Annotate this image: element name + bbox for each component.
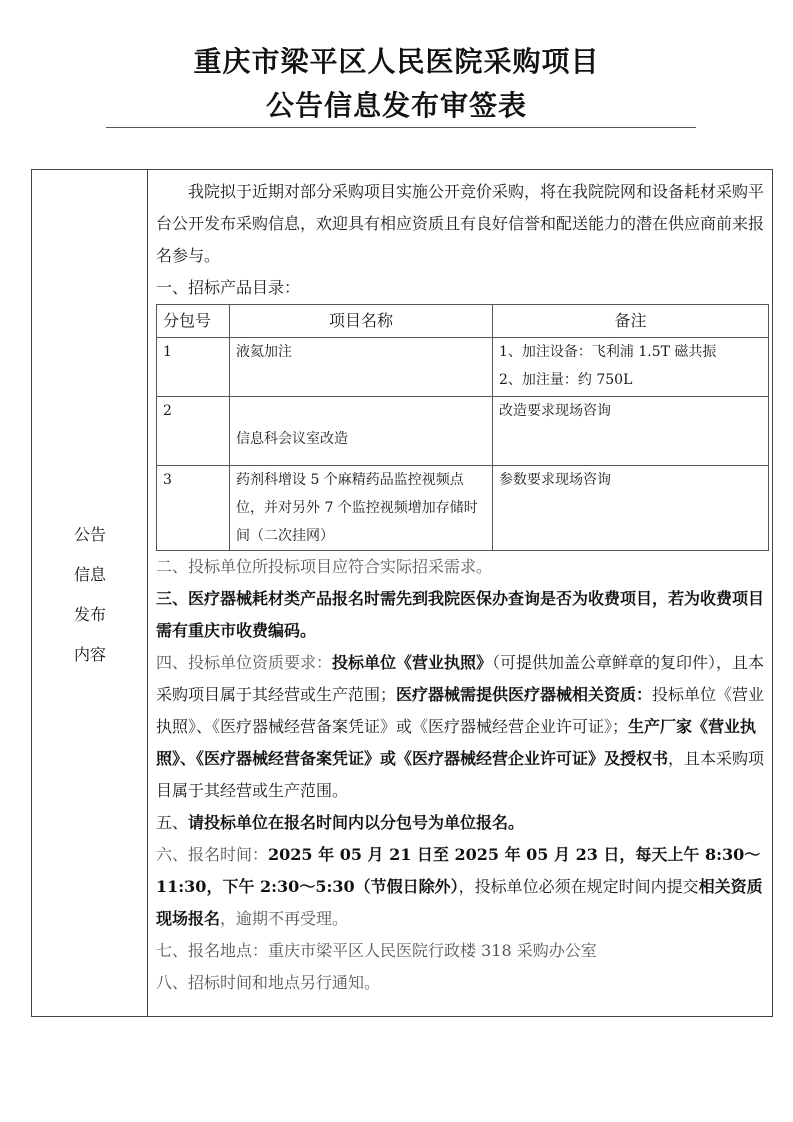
section-7: 七、报名地点：重庆市梁平区人民医院行政楼 318 采购办公室 xyxy=(156,935,768,967)
section-2: 二、投标单位所投标项目应符合实际招采需求。 xyxy=(156,551,768,583)
cell-project-name: 药剂科增设 5 个麻精药品监控视频点位，并对另外 7 个监控视频增加存储时间（二… xyxy=(230,466,493,551)
cell-remark: 改造要求现场咨询 xyxy=(493,397,769,466)
section-6-text: ，投标单位必须在规定时间内提交 xyxy=(459,877,699,896)
table-header-row: 分包号 项目名称 备注 xyxy=(157,305,769,338)
table-row: 2 信息科会议室改造 改造要求现场咨询 xyxy=(157,397,769,466)
intro-paragraph: 我院拟于近期对部分采购项目实施公开竞价采购，将在我院院网和设备耗材采购平台公开发… xyxy=(156,176,768,272)
title-divider xyxy=(106,127,696,128)
section-1-heading: 一、招标产品目录： xyxy=(156,272,768,304)
label-column: 公告 信息 发布 内容 xyxy=(32,170,148,1016)
cell-remark: 参数要求现场咨询 xyxy=(493,466,769,551)
product-catalog-table: 分包号 项目名称 备注 1 液氦加注 1、加注设备：飞利浦 1.5T 磁共振 2… xyxy=(156,304,769,551)
table-row: 1 液氦加注 1、加注设备：飞利浦 1.5T 磁共振 2、加注量：约 750L xyxy=(157,338,769,397)
section-4-license: 投标单位《营业执照》 xyxy=(332,653,492,672)
header-remark: 备注 xyxy=(493,305,769,338)
remark-line: 2、加注量：约 750L xyxy=(499,366,762,394)
document-header: 重庆市梁平区人民医院采购项目 公告信息发布审签表 xyxy=(0,40,793,128)
section-4-prefix: 四、投标单位资质要求： xyxy=(156,653,332,672)
section-8: 八、招标时间和地点另行通知。 xyxy=(156,967,768,999)
row-label: 公告 信息 发布 内容 xyxy=(32,515,148,675)
cell-package-no: 3 xyxy=(157,466,230,551)
cell-package-no: 2 xyxy=(157,397,230,466)
remark-line: 1、加注设备：飞利浦 1.5T 磁共振 xyxy=(499,338,762,366)
cell-project-name: 信息科会议室改造 xyxy=(230,397,493,466)
header-project-name: 项目名称 xyxy=(230,305,493,338)
document-title-line-1: 重庆市梁平区人民医院采购项目 xyxy=(0,40,793,84)
row-label-line-1: 公告 xyxy=(32,515,148,555)
cell-project-name: 液氦加注 xyxy=(230,338,493,397)
section-6: 六、报名时间：2025 年 05 月 21 日至 2025 年 05 月 23 … xyxy=(156,839,768,935)
announcement-content: 我院拟于近期对部分采购项目实施公开竞价采购，将在我院院网和设备耗材采购平台公开发… xyxy=(156,176,768,999)
row-label-line-4: 内容 xyxy=(32,635,148,675)
section-4-device-qualification: 医疗器械需提供医疗器械相关资质： xyxy=(396,685,652,704)
section-6-suffix: ，逾期不再受理。 xyxy=(220,909,348,928)
section-5: 五、请投标单位在报名时间内以分包号为单位报名。 xyxy=(156,807,768,839)
approval-form-table: 公告 信息 发布 内容 我院拟于近期对部分采购项目实施公开竞价采购，将在我院院网… xyxy=(31,169,773,1017)
section-5-text: 请投标单位在报名时间内以分包号为单位报名。 xyxy=(188,813,524,832)
section-3: 三、医疗器械耗材类产品报名时需先到我院医保办查询是否为收费项目，若为收费项目需有… xyxy=(156,583,768,647)
row-label-line-2: 信息 xyxy=(32,555,148,595)
table-row: 3 药剂科增设 5 个麻精药品监控视频点位，并对另外 7 个监控视频增加存储时间… xyxy=(157,466,769,551)
document-title-line-2: 公告信息发布审签表 xyxy=(0,84,793,128)
header-package-no: 分包号 xyxy=(157,305,230,338)
cell-package-no: 1 xyxy=(157,338,230,397)
section-6-prefix: 六、报名时间： xyxy=(156,845,268,864)
cell-remark: 1、加注设备：飞利浦 1.5T 磁共振 2、加注量：约 750L xyxy=(493,338,769,397)
section-5-prefix: 五、 xyxy=(156,813,188,832)
section-4: 四、投标单位资质要求：投标单位《营业执照》（可提供加盖公章鲜章的复印件），且本采… xyxy=(156,647,768,807)
row-label-line-3: 发布 xyxy=(32,595,148,635)
